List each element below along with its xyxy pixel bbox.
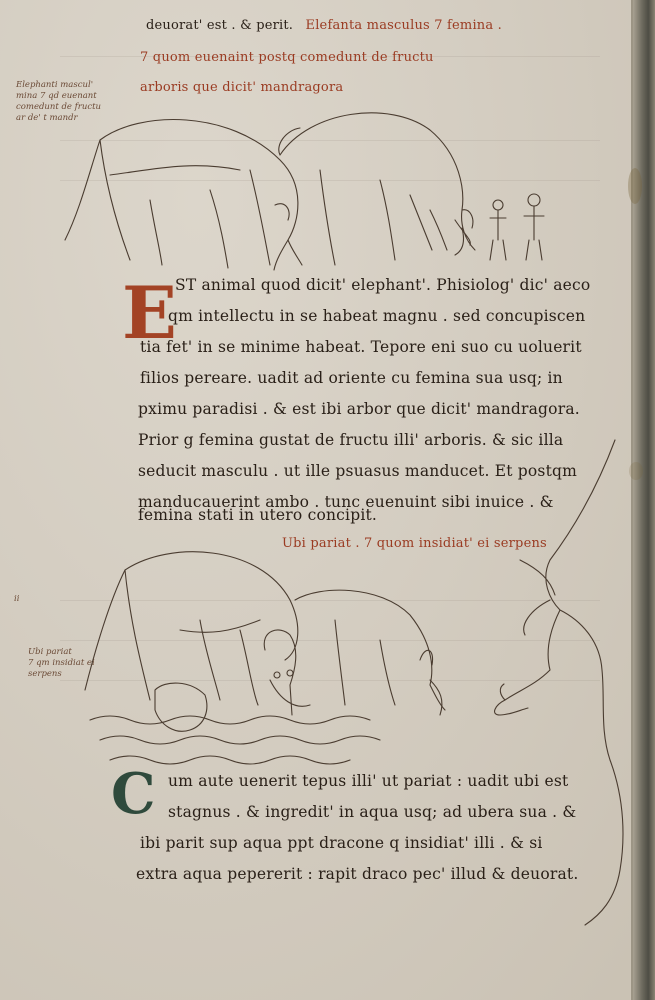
- bottom-illustration-birth-dragon: [80, 540, 655, 770]
- parchment-stain: [629, 462, 643, 480]
- top-line-3: arboris que dicit' mandragora: [140, 80, 343, 95]
- text-line: femina stati in utero concipit.: [138, 506, 377, 524]
- water-waves-icon: [90, 716, 380, 764]
- text-black: deuorat' est . & perit.: [146, 18, 293, 33]
- manuscript-page: deuorat' est . & perit. Elefanta masculu…: [0, 0, 655, 1000]
- text-line: qm intellectu in se habeat magnu . sed c…: [168, 307, 585, 325]
- human-figure-1-icon: [490, 210, 506, 260]
- winged-dragon-icon: [495, 440, 623, 925]
- elephant-right-icon: [295, 590, 445, 710]
- elephant-left-icon: [85, 552, 298, 705]
- text-line: Prior g femina gustat de fructu illi' ar…: [138, 431, 563, 449]
- rubric-title: Elefanta masculus 7 femina .: [306, 18, 503, 33]
- top-line-1: deuorat' est . & perit. Elefanta masculu…: [146, 18, 502, 33]
- margin-mark: ii: [14, 594, 19, 605]
- parchment-stain: [628, 168, 642, 204]
- text-line: stagnus . & ingredit' in aqua usq; ad ub…: [168, 803, 576, 821]
- text-line: pximu paradisi . & est ibi arbor que dic…: [138, 400, 580, 418]
- human-figure-2-icon: [524, 206, 544, 260]
- binding-gutter: [633, 0, 655, 1000]
- elephant-left-icon: [65, 120, 302, 270]
- top-line-2: 7 quom euenaint postq comedunt de fructu: [140, 50, 434, 65]
- text-line: tia fet' in se minime habeat. Tepore eni…: [140, 338, 582, 356]
- text-line: filios pereare. uadit ad oriente cu femi…: [140, 369, 563, 387]
- text-line: seducit masculu . ut ille psuasus manduc…: [138, 462, 577, 480]
- top-illustration-elephants: [60, 100, 580, 280]
- initial-c: C: [111, 764, 156, 824]
- text-line: ST animal quod dicit' elephant'. Phisiol…: [175, 276, 590, 294]
- calf-icon: [155, 683, 207, 731]
- text-line: ibi parit sup aqua ppt dracone q insidia…: [140, 834, 543, 852]
- elephant-right-icon: [279, 113, 475, 265]
- text-line: extra aqua pepererit : rapit draco pec' …: [136, 865, 578, 883]
- text-line: um aute uenerit tepus illi' ut pariat : …: [168, 772, 568, 790]
